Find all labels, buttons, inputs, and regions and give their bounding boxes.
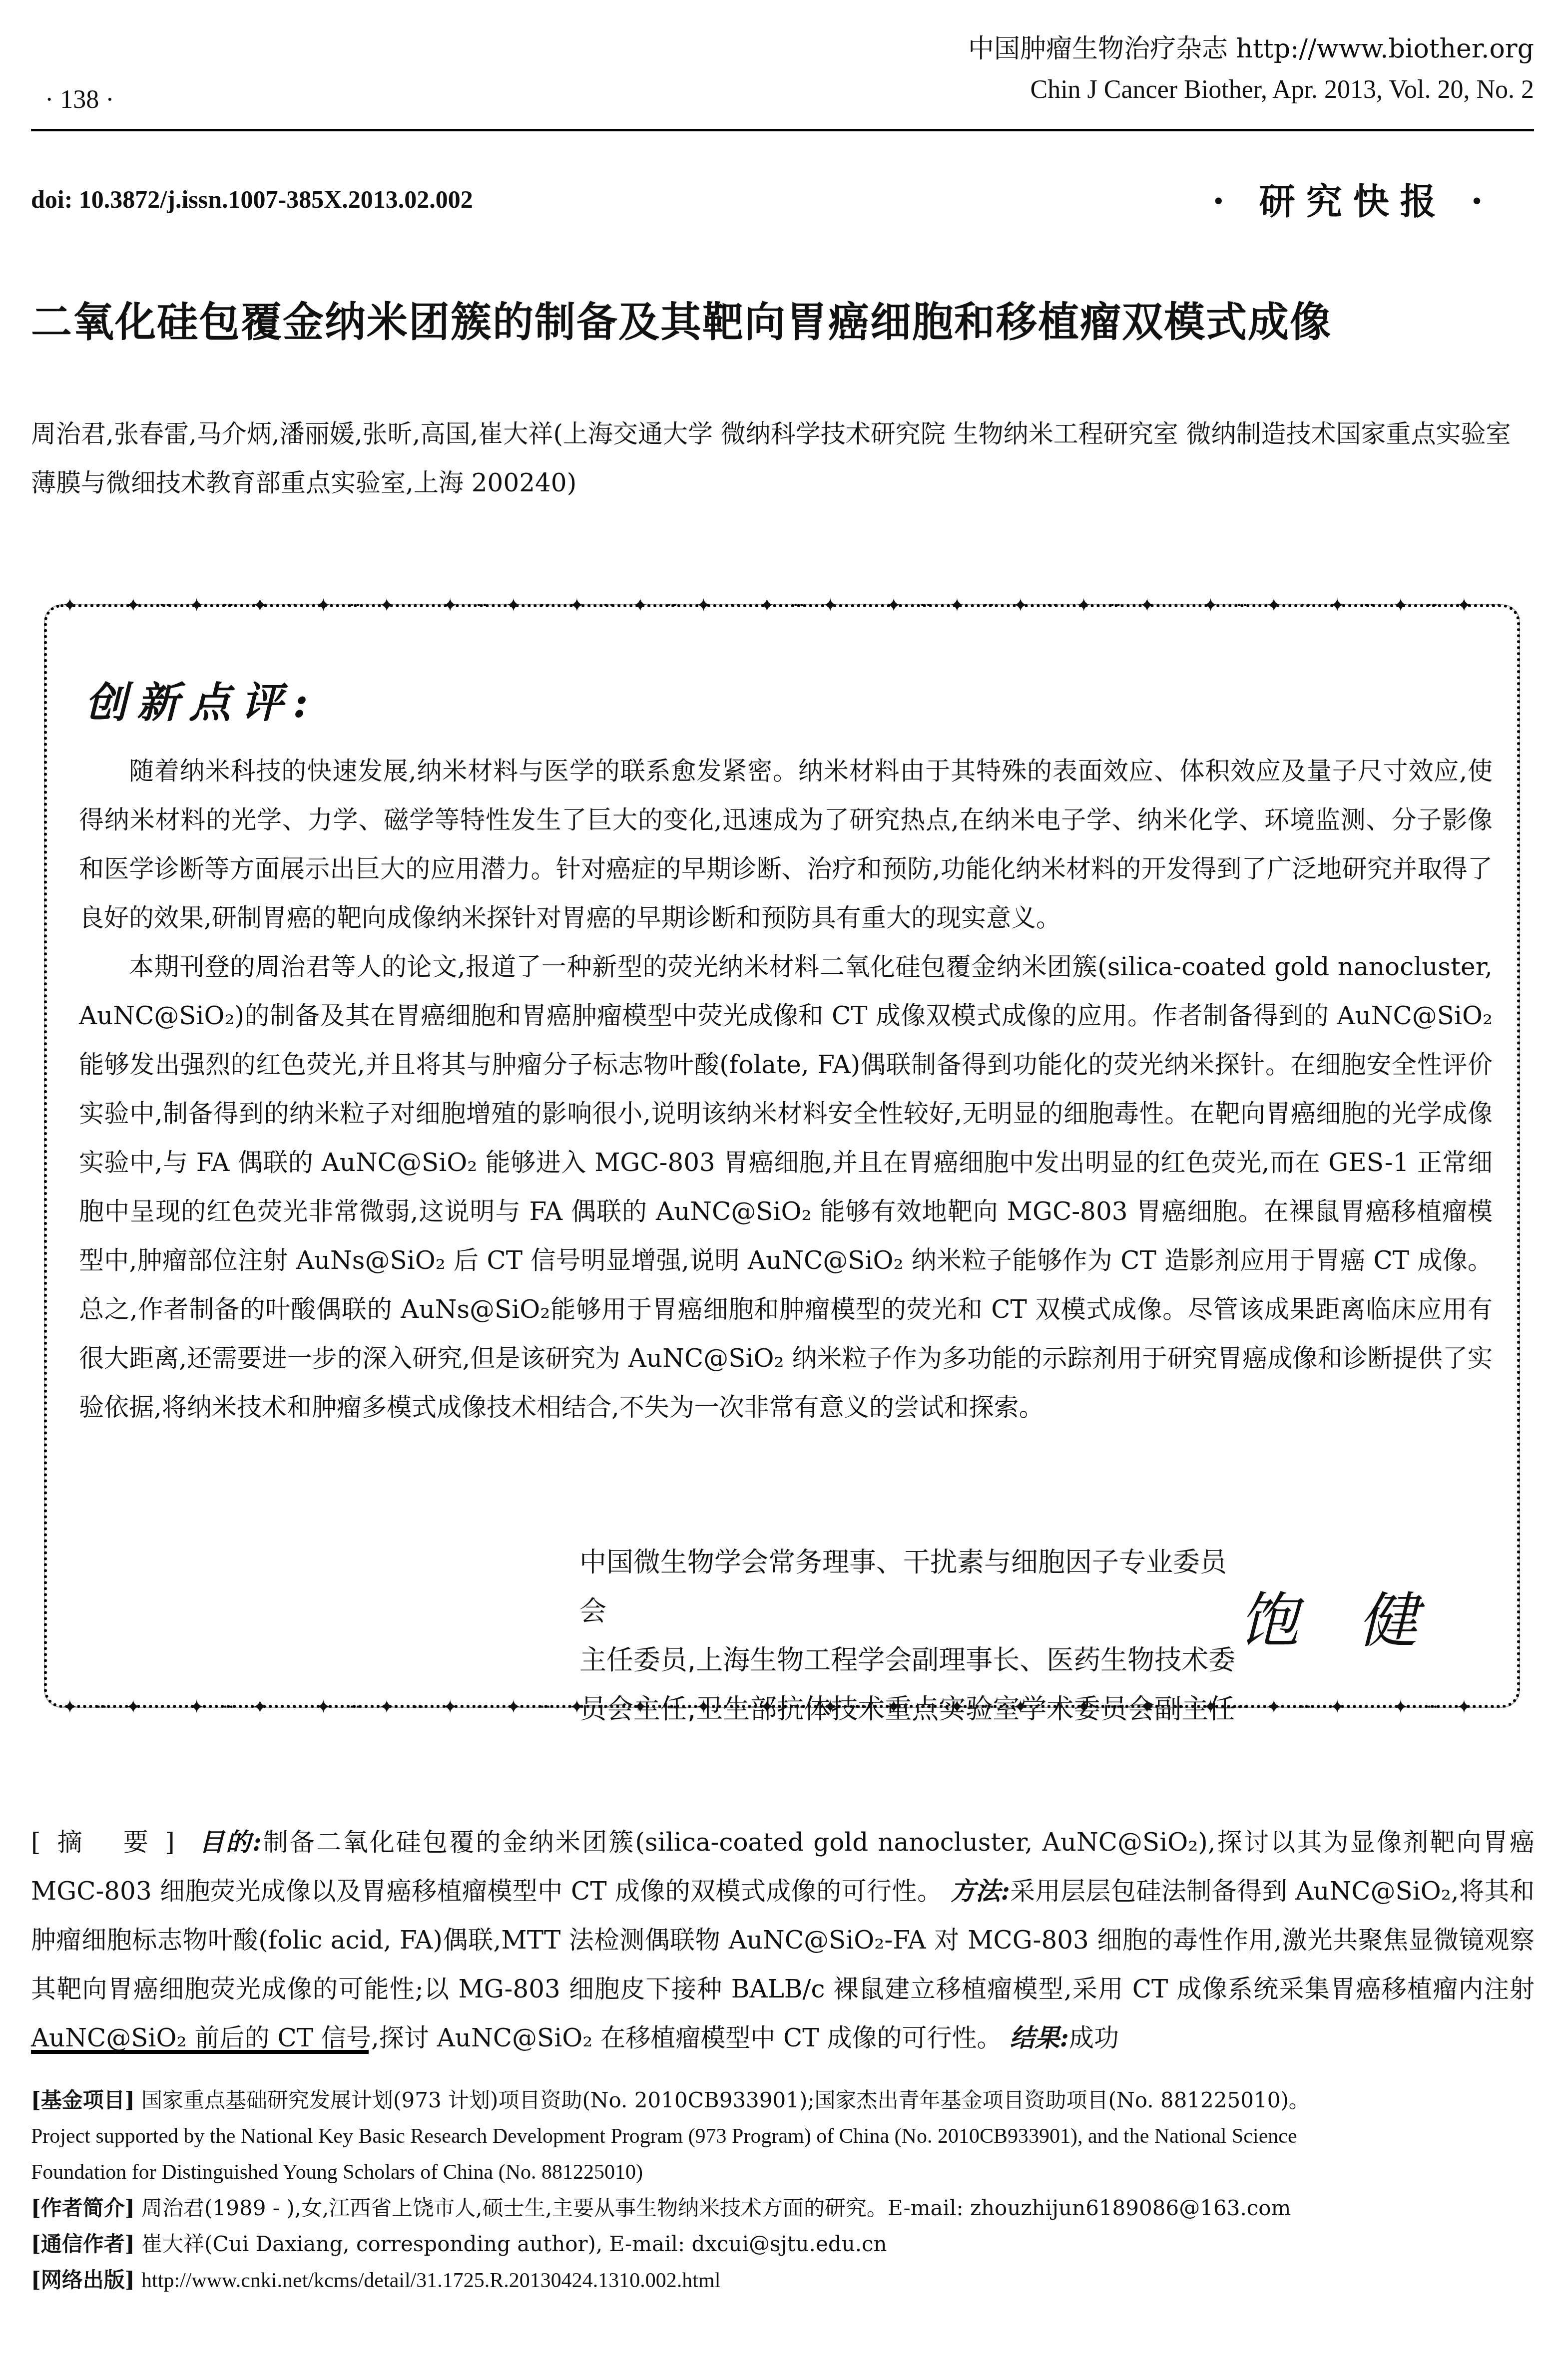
footnotes: [基金项目] 国家重点基础研究发展计划(973 计划)项目资助(No. 2010… bbox=[31, 2082, 1535, 2299]
methods-label: 方法: bbox=[951, 1876, 1010, 1906]
corresponding-author-info: 崔大祥(Cui Daxiang, corresponding author), … bbox=[141, 2232, 887, 2256]
corresponding-author-label: [通信作者] bbox=[31, 2232, 135, 2256]
author-info-label: [作者简介] bbox=[31, 2196, 135, 2220]
fund-label: [基金项目] bbox=[31, 2088, 135, 2112]
corresponding-author-row: [通信作者] 崔大祥(Cui Daxiang, corresponding au… bbox=[31, 2226, 1535, 2262]
star-border-top-icon: ✦··✦··✦··✦··✦··✦··✦··✦··✦··✦··✦··✦··✦··✦… bbox=[62, 600, 1502, 610]
reviewer-titles: 中国微生物学会常务理事、干扰素与细胞因子专业委员会 主任委员,上海生物工程学会副… bbox=[579, 1538, 1239, 1734]
objective-label: 目的: bbox=[199, 1827, 262, 1857]
abstract: [摘 要] 目的:制备二氧化硅包覆的金纳米团簇(silica-coated go… bbox=[31, 1818, 1535, 2062]
doi: doi: 10.3872/j.issn.1007-385X.2013.02.00… bbox=[31, 185, 473, 214]
page-number: · 138 · bbox=[45, 85, 114, 114]
commentary-paragraph: 随着纳米科技的快速发展,纳米材料与医学的联系愈发紧密。纳米材料由于其特殊的表面效… bbox=[79, 747, 1493, 942]
fund-en-line: Foundation for Distinguished Young Schol… bbox=[31, 2154, 1535, 2190]
author-block: 周治君,张春雷,马介炳,潘丽媛,张昕,高国,崔大祥(上海交通大学 微纳科学技术研… bbox=[31, 409, 1535, 507]
online-publication-label: [网络出版] bbox=[31, 2268, 135, 2292]
commentary-body: 随着纳米科技的快速发展,纳米材料与医学的联系愈发紧密。纳米材料由于其特殊的表面效… bbox=[79, 747, 1493, 1432]
journal-citation-en: Chin J Cancer Biother, Apr. 2013, Vol. 2… bbox=[1030, 75, 1534, 104]
results-label: 结果: bbox=[1010, 2023, 1068, 2052]
reviewer-signature: 饱 健 bbox=[1239, 1573, 1438, 1659]
commentary-paragraph: 本期刊登的周治君等人的论文,报道了一种新型的荧光纳米材料二氧化硅包覆金纳米团簇(… bbox=[79, 942, 1493, 1432]
results-text: 成功 bbox=[1069, 2023, 1119, 2052]
fund-cn: 国家重点基础研究发展计划(973 计划)项目资助(No. 2010CB93390… bbox=[141, 2088, 1310, 2112]
online-publication-link[interactable]: http://www.cnki.net/kcms/detail/31.1725.… bbox=[141, 2269, 720, 2292]
reviewer-title-line: 主任委员,上海生物工程学会副理事长、医药生物技术委 bbox=[579, 1636, 1239, 1685]
footnote-divider bbox=[31, 2050, 369, 2054]
fund-en-line: Project supported by the National Key Ba… bbox=[31, 2118, 1535, 2154]
fund-row: [基金项目] 国家重点基础研究发展计划(973 计划)项目资助(No. 2010… bbox=[31, 2082, 1535, 2118]
article-title: 二氧化硅包覆金纳米团簇的制备及其靶向胃癌细胞和移植瘤双模式成像 bbox=[31, 290, 1332, 348]
reviewer-title-line: 中国微生物学会常务理事、干扰素与细胞因子专业委员会 bbox=[579, 1538, 1239, 1636]
author-info: 周治君(1989 - ),女,江西省上饶市人,硕士生,主要从事生物纳米技术方面的… bbox=[141, 2196, 1291, 2220]
commentary-heading: 创新点评: bbox=[85, 669, 318, 730]
author-info-row: [作者简介] 周治君(1989 - ),女,江西省上饶市人,硕士生,主要从事生物… bbox=[31, 2190, 1535, 2226]
reviewer-title-line: 员会主任,卫生部抗体技术重点实验室学术委员会副主任 bbox=[579, 1685, 1239, 1734]
header-divider bbox=[31, 129, 1534, 131]
online-publication-row: [网络出版] http://www.cnki.net/kcms/detail/3… bbox=[31, 2262, 1535, 2299]
journal-name-cn: 中国肿瘤生物治疗杂志 http://www.biother.org bbox=[968, 27, 1534, 65]
column-tag: · 研究快报 · bbox=[1212, 172, 1494, 224]
author-list: 周治君,张春雷,马介炳,潘丽媛,张昕,高国,崔大祥 bbox=[31, 419, 553, 448]
abstract-label: [摘 要] bbox=[31, 1828, 190, 1857]
